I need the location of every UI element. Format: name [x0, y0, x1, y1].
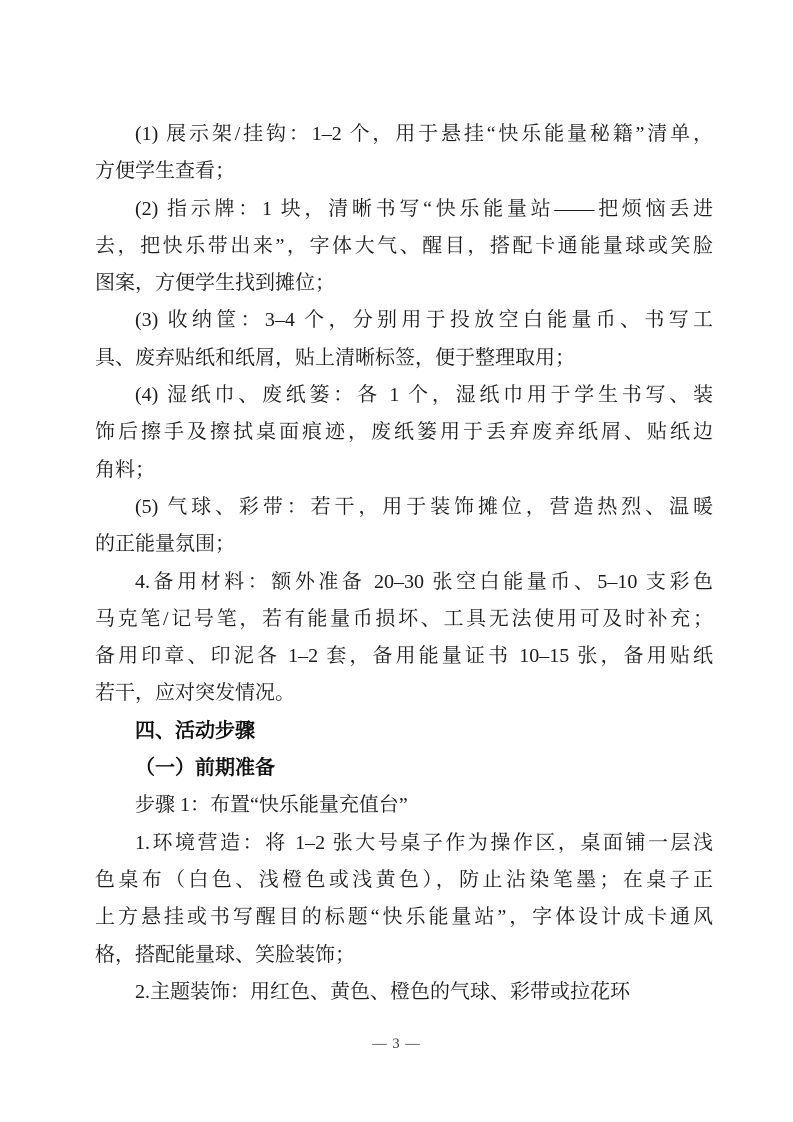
- text-line: 方便学生查看；: [95, 153, 713, 190]
- text-line: 角料；: [95, 452, 713, 489]
- text-line: 2.主题装饰：用红色、黄色、橙色的气球、彩带或拉花环: [95, 974, 713, 1011]
- text-line: (1) 展示架/挂钩：1–2 个，用于悬挂“快乐能量秘籍”清单，: [95, 116, 713, 153]
- text-line: 1.环境营造：将 1–2 张大号桌子作为操作区，桌面铺一层浅: [95, 825, 713, 862]
- text-line: 备用印章、印泥各 1–2 套，备用能量证书 10–15 张，备用贴纸: [95, 638, 713, 675]
- text-line: 具、废弃贴纸和纸屑，贴上清晰标签，便于整理取用；: [95, 340, 713, 377]
- text-line: (2) 指示牌：1 块，清晰书写“快乐能量站——把烦恼丢进: [95, 191, 713, 228]
- document-page: (1) 展示架/挂钩：1–2 个，用于悬挂“快乐能量秘籍”清单，方便学生查看；(…: [0, 0, 793, 1122]
- page-number: — 3 —: [0, 1036, 793, 1053]
- text-line: (3) 收纳筐：3–4 个，分别用于投放空白能量币、书写工: [95, 302, 713, 339]
- text-line: 饰后擦手及擦拭桌面痕迹，废纸篓用于丢弃废弃纸屑、贴纸边: [95, 414, 713, 451]
- heading1-line: 四、活动步骤: [95, 713, 713, 750]
- subheading-line: 步骤 1：布置“快乐能量充值台”: [95, 787, 713, 824]
- text-line: 的正能量氛围；: [95, 526, 713, 563]
- text-line: 图案，方便学生找到摊位；: [95, 265, 713, 302]
- text-line: 4.备用材料：额外准备 20–30 张空白能量币、5–10 支彩色: [95, 564, 713, 601]
- text-line: (5) 气球、彩带：若干，用于装饰摊位，营造热烈、温暖: [95, 489, 713, 526]
- text-line: 去，把快乐带出来”，字体大气、醒目，搭配卡通能量球或笑脸: [95, 228, 713, 265]
- text-line: 若干，应对突发情况。: [95, 675, 713, 712]
- heading2-line: （一）前期准备: [95, 750, 713, 787]
- text-line: 马克笔/记号笔，若有能量币损坏、工具无法使用可及时补充；: [95, 601, 713, 638]
- text-line: (4) 湿纸巾、废纸篓：各 1 个，湿纸巾用于学生书写、装: [95, 377, 713, 414]
- text-line: 上方悬挂或书写醒目的标题“快乐能量站”，字体设计成卡通风: [95, 899, 713, 936]
- text-line: 格，搭配能量球、笑脸装饰；: [95, 937, 713, 974]
- text-line: 色桌布（白色、浅橙色或浅黄色），防止沾染笔墨；在桌子正: [95, 862, 713, 899]
- document-body: (1) 展示架/挂钩：1–2 个，用于悬挂“快乐能量秘籍”清单，方便学生查看；(…: [95, 116, 713, 1011]
